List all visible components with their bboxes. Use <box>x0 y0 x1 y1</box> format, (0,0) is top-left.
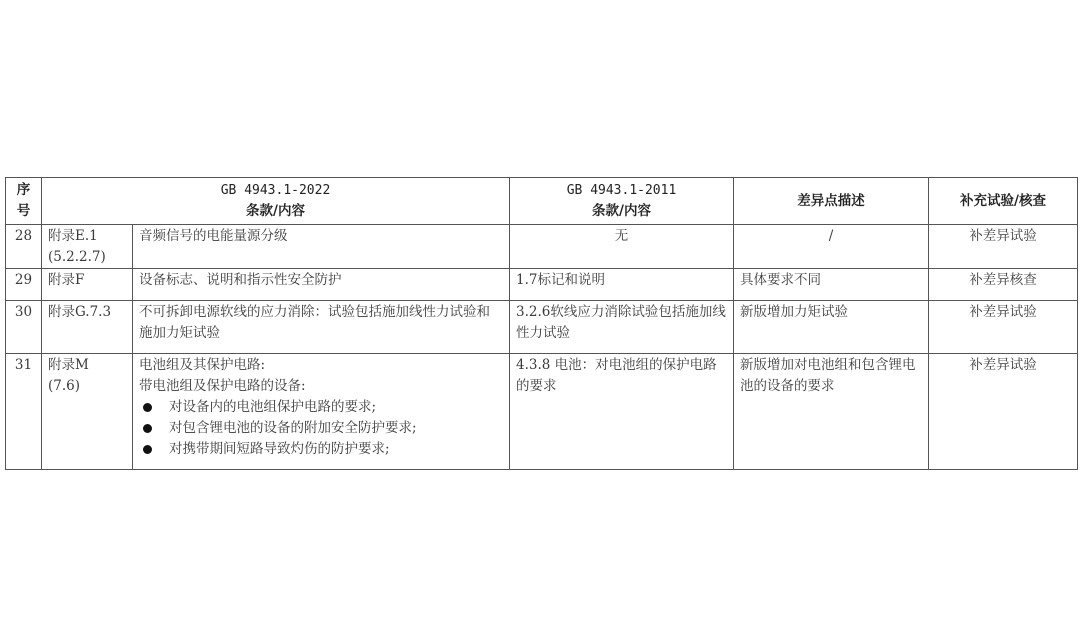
cell-seq: 30 <box>6 301 42 354</box>
bullet-item: 对携带期间短路导致灼伤的防护要求; <box>139 439 503 460</box>
cell-old-clause: 1.7标记和说明 <box>510 269 734 301</box>
header-old-standard-sub: 条款/内容 <box>514 201 729 222</box>
header-diff: 差异点描述 <box>734 178 929 225</box>
header-action: 补充试验/核查 <box>929 178 1078 225</box>
cell-seq: 29 <box>6 269 42 301</box>
cell-action: 补差异核查 <box>929 269 1078 301</box>
clause-line: 附录M <box>48 355 126 376</box>
header-old-standard: GB 4943.1-2011 条款/内容 <box>510 178 734 225</box>
bullet-dot-icon <box>143 424 152 433</box>
clause-line: 附录E.1 <box>48 226 126 247</box>
comparison-table: 序 号 GB 4943.1-2022 条款/内容 GB 4943.1-2011 … <box>5 177 1078 470</box>
cell-action: 补差异试验 <box>929 301 1078 354</box>
cell-content: 电池组及其保护电路: 带电池组及保护电路的设备: 对设备内的电池组保护电路的要求… <box>133 354 510 470</box>
cell-clause: 附录G.7.3 <box>42 301 133 354</box>
clause-line: 附录G.7.3 <box>48 302 126 323</box>
cell-diff: / <box>734 225 929 269</box>
cell-diff: 具体要求不同 <box>734 269 929 301</box>
header-seq-line-1: 序 <box>10 180 37 201</box>
table-row: 30 附录G.7.3 不可拆卸电源软线的应力消除：试验包括施加线性力试验和施加力… <box>6 301 1078 354</box>
content-line: 电池组及其保护电路: <box>139 355 503 376</box>
cell-diff: 新版增加力矩试验 <box>734 301 929 354</box>
cell-old-clause: 4.3.8 电池：对电池组的保护电路的要求 <box>510 354 734 470</box>
content-line: 带电池组及保护电路的设备: <box>139 376 503 397</box>
header-new-standard-code: GB 4943.1-2022 <box>46 180 505 201</box>
bullet-dot-icon <box>143 445 152 454</box>
header-new-standard: GB 4943.1-2022 条款/内容 <box>42 178 510 225</box>
table-row: 31 附录M (7.6) 电池组及其保护电路: 带电池组及保护电路的设备: 对设… <box>6 354 1078 470</box>
header-old-standard-code: GB 4943.1-2011 <box>514 180 729 201</box>
header-new-standard-sub: 条款/内容 <box>46 201 505 222</box>
bullet-text: 对包含锂电池的设备的附加安全防护要求; <box>169 420 417 436</box>
bullet-item: 对设备内的电池组保护电路的要求; <box>139 397 503 418</box>
cell-content: 不可拆卸电源软线的应力消除：试验包括施加线性力试验和施加力矩试验 <box>133 301 510 354</box>
header-row: 序 号 GB 4943.1-2022 条款/内容 GB 4943.1-2011 … <box>6 178 1078 225</box>
cell-clause: 附录E.1 (5.2.2.7) <box>42 225 133 269</box>
bullet-list: 对设备内的电池组保护电路的要求; 对包含锂电池的设备的附加安全防护要求; 对携带… <box>139 397 503 460</box>
cell-action: 补差异试验 <box>929 225 1078 269</box>
clause-line: (5.2.2.7) <box>48 247 126 268</box>
cell-action: 补差异试验 <box>929 354 1078 470</box>
bullet-text: 对设备内的电池组保护电路的要求; <box>169 399 376 415</box>
cell-old-clause: 无 <box>510 225 734 269</box>
cell-clause: 附录M (7.6) <box>42 354 133 470</box>
cell-seq: 28 <box>6 225 42 269</box>
bullet-text: 对携带期间短路导致灼伤的防护要求; <box>169 441 390 457</box>
bullet-dot-icon <box>143 403 152 412</box>
table-row: 29 附录F 设备标志、说明和指示性安全防护 1.7标记和说明 具体要求不同 补… <box>6 269 1078 301</box>
cell-seq: 31 <box>6 354 42 470</box>
clause-line: 附录F <box>48 270 126 291</box>
cell-content: 设备标志、说明和指示性安全防护 <box>133 269 510 301</box>
cell-content: 音频信号的电能量源分级 <box>133 225 510 269</box>
clause-line: (7.6) <box>48 376 126 397</box>
cell-old-clause: 3.2.6软线应力消除试验包括施加线性力试验 <box>510 301 734 354</box>
cell-diff: 新版增加对电池组和包含锂电池的设备的要求 <box>734 354 929 470</box>
header-seq: 序 号 <box>6 178 42 225</box>
bullet-item: 对包含锂电池的设备的附加安全防护要求; <box>139 418 503 439</box>
cell-clause: 附录F <box>42 269 133 301</box>
table-row: 28 附录E.1 (5.2.2.7) 音频信号的电能量源分级 无 / 补差异试验 <box>6 225 1078 269</box>
header-seq-line-2: 号 <box>10 201 37 222</box>
